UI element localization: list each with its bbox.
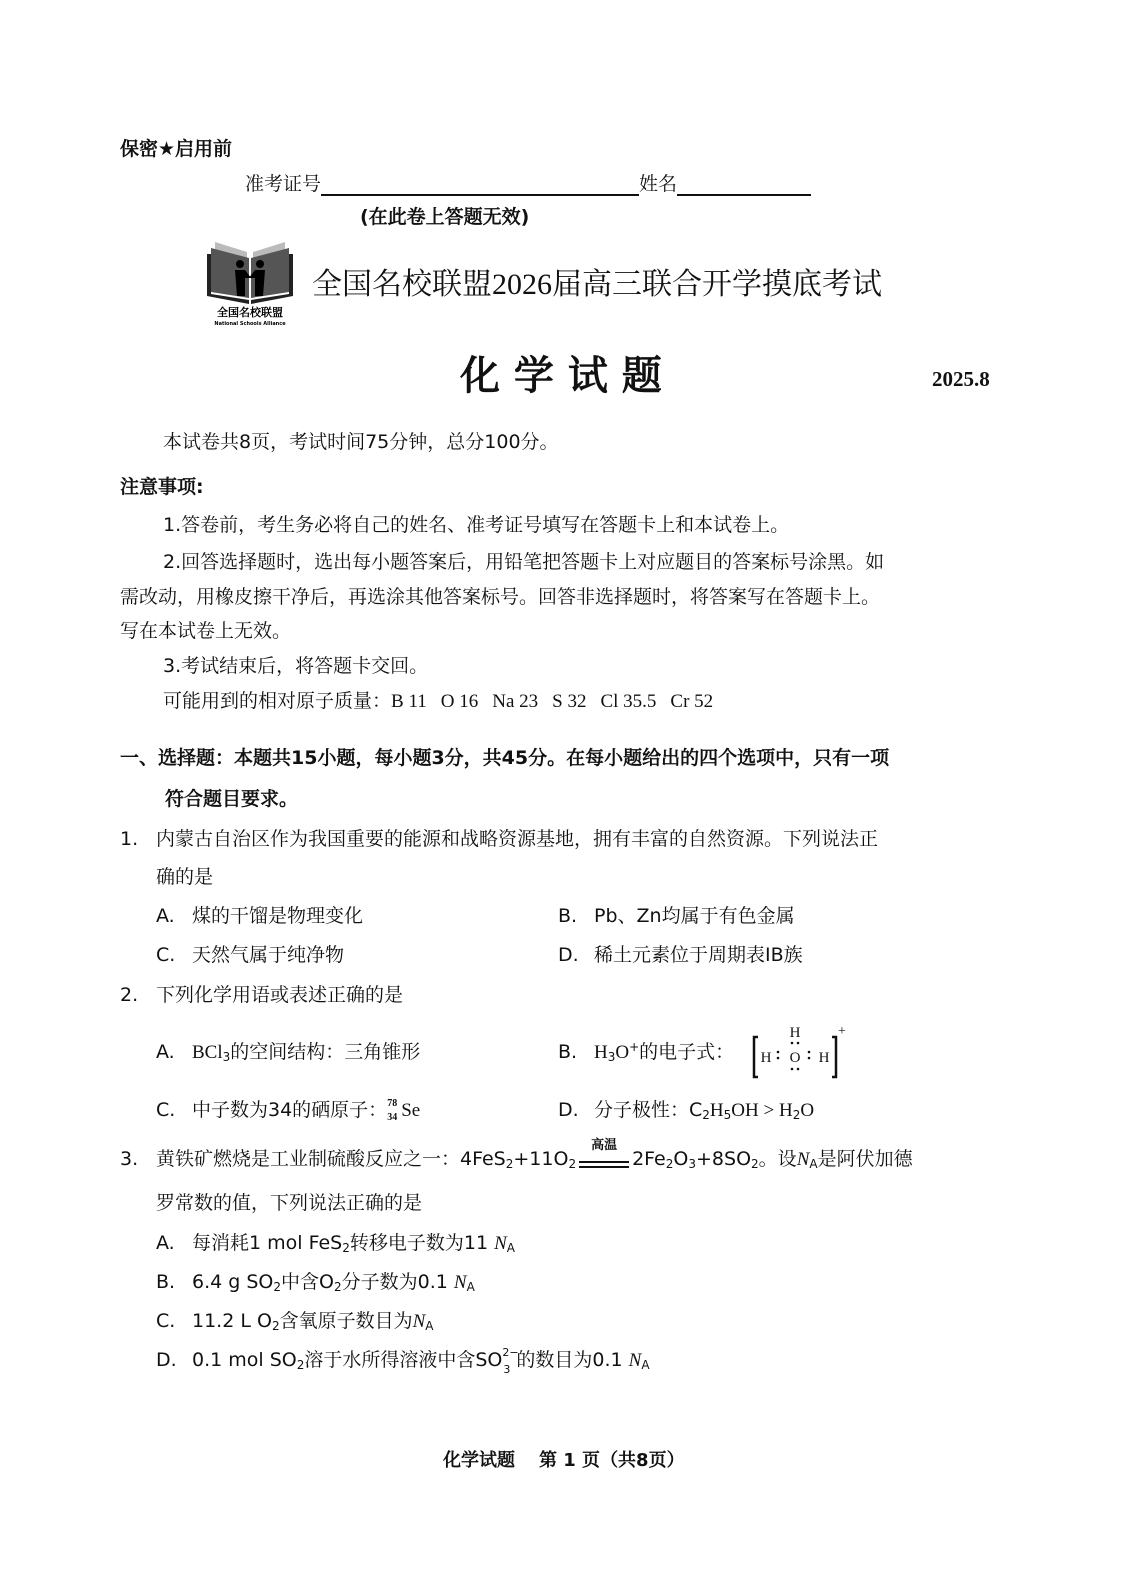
atomic-masses-line: 可能用到的相对原子质量：B 11O 16Na 23S 32Cl 35.5Cr 5… [163, 689, 713, 714]
q2-option-a[interactable]: A.BCl3的空间结构：三角锥形 [156, 1040, 420, 1065]
subscript: 2 [751, 1157, 759, 1171]
option-label: B. [558, 1040, 594, 1064]
option-text: 中含O [281, 1271, 334, 1293]
q3-option-a[interactable]: A.每消耗1 mol FeS2转移电子数为11 NA [156, 1231, 515, 1256]
notes-heading: 注意事项: [120, 475, 204, 499]
option-text: 含氧原子数目为 [280, 1310, 413, 1332]
q3-option-d[interactable]: D.0.1 mol SO2溶于水所得溶液中含SO2−3的数目为0.1 NA [156, 1348, 650, 1373]
exam-series-title: 全国名校联盟2026届高三联合开学摸底考试 [312, 266, 882, 304]
formula: H [710, 1100, 724, 1121]
subject-title: 化 学 试 题 [460, 352, 662, 400]
open-book-logo-icon: 全国名校联盟 National Schools Alliance [205, 234, 295, 326]
q2-option-d[interactable]: D.分子极性：C2H5OH > H2O [558, 1098, 814, 1123]
page-footer: 化学试题第 1 页（共8页） [443, 1449, 685, 1473]
question-text: 下列化学用语或表述正确的是 [156, 984, 403, 1006]
exam-id-field[interactable] [321, 174, 639, 196]
note-item-2-cont: 需改动，用橡皮擦干净后，再选涂其他答案标号。回答非选择题时，将答案写在答题卡上。 [120, 585, 880, 609]
option-text: 的电子式： [639, 1041, 734, 1063]
subscript: 3 [688, 1157, 696, 1171]
note-item-2-cont2: 写在本试卷上无效。 [120, 619, 291, 643]
option-label: A. [156, 1231, 192, 1255]
avogadro-symbol: N [797, 1149, 810, 1170]
atomic-mass-s: S 32 [552, 691, 586, 712]
q1-option-a[interactable]: A.煤的干馏是物理变化 [156, 904, 363, 928]
question-1-stem: 1.内蒙古自治区作为我国重要的能源和战略资源基地，拥有丰富的自然资源。下列说法正 [120, 827, 878, 851]
exam-info-fields: 准考证号姓名 [245, 172, 811, 196]
note-item-1: 1.答卷前，考生务必将自己的姓名、准考证号填写在答题卡上和本试卷上。 [163, 513, 789, 537]
section1-heading-cont: 符合题目要求。 [165, 787, 298, 811]
h3o-lewis-structure: H H O H + [752, 1025, 848, 1081]
option-text: 分子极性：C [594, 1099, 702, 1121]
q3-option-c[interactable]: C.11.2 L O2含氧原子数目为NA [156, 1309, 434, 1334]
footer-subject: 化学试题 [443, 1450, 515, 1471]
option-label: B. [558, 904, 594, 928]
question-text: 。设 [759, 1148, 797, 1170]
q1-option-d[interactable]: D.稀土元素位于周期表IB族 [558, 943, 803, 967]
subscript: A [507, 1241, 515, 1255]
reaction-condition: 高温 [579, 1139, 629, 1153]
question-number: 1. [120, 827, 156, 851]
superscript: + [629, 1040, 639, 1054]
question-number: 3. [120, 1147, 156, 1171]
subscript: 2 [272, 1319, 280, 1333]
formula: O [615, 1042, 629, 1063]
svg-text:H: H [819, 1050, 830, 1066]
sulfite-ion-charge: 2−3 [502, 1349, 516, 1373]
avogadro-symbol: N [629, 1350, 642, 1371]
option-label: D. [156, 1348, 192, 1372]
q1-option-c[interactable]: C.天然气属于纯净物 [156, 943, 344, 967]
atomic-number: 34 [387, 1113, 397, 1123]
formula: 2Fe [632, 1148, 666, 1170]
isotope-notation: 7834 [387, 1099, 401, 1123]
atomic-mass-cr: Cr 52 [670, 691, 713, 712]
option-text: 6.4 g SO [192, 1271, 273, 1293]
avogadro-symbol: N [494, 1233, 507, 1254]
option-label: A. [156, 1040, 192, 1064]
svg-text:全国名校联盟: 全国名校联盟 [217, 305, 283, 319]
alliance-logo: 全国名校联盟 National Schools Alliance [205, 234, 295, 326]
atomic-mass-o: O 16 [441, 691, 478, 712]
question-3-stem: 3.黄铁矿燃烧是工业制硫酸反应之一：4FeS2+11O2高温2Fe2O3+8SO… [120, 1147, 913, 1172]
invalid-note: (在此卷上答题无效) [360, 205, 529, 229]
ion-charge: 2− [502, 1347, 518, 1358]
q2-option-b[interactable]: B.H3O+的电子式： [558, 1040, 734, 1065]
subscript: A [641, 1358, 649, 1372]
subscript: 2 [273, 1280, 281, 1294]
formula: O [800, 1100, 814, 1121]
subscript: 2 [334, 1280, 342, 1294]
q3-option-b[interactable]: B.6.4 g SO2中含O2分子数为0.1 NA [156, 1270, 475, 1295]
atomic-mass-na: Na 23 [492, 691, 538, 712]
option-text: 11.2 L O [192, 1310, 272, 1332]
subscript: 2 [568, 1157, 576, 1171]
subscript: A [425, 1319, 433, 1333]
option-label: C. [156, 943, 192, 967]
reaction-equals-sign: 高温 [579, 1148, 629, 1172]
avogadro-symbol: N [413, 1311, 426, 1332]
subscript: 2 [342, 1241, 350, 1255]
option-text: 中子数为34的硒原子： [192, 1099, 387, 1121]
atomic-mass-label: 可能用到的相对原子质量： [163, 690, 391, 712]
formula: H [594, 1042, 608, 1063]
question-text: 黄铁矿燃烧是工业制硫酸反应之一：4FeS [156, 1148, 506, 1170]
question-text: 是阿伏加德 [818, 1148, 913, 1170]
avogadro-symbol: N [454, 1272, 467, 1293]
option-label: D. [558, 943, 594, 967]
subscript: A [467, 1280, 475, 1294]
question-text: 内蒙古自治区作为我国重要的能源和战略资源基地，拥有丰富的自然资源。下列说法正 [156, 828, 878, 850]
question-2-stem: 2.下列化学用语或表述正确的是 [120, 983, 403, 1007]
svg-text:H: H [761, 1050, 772, 1066]
footer-page-number: 第 1 页 [539, 1450, 600, 1471]
question-1-stem-cont: 确的是 [156, 865, 213, 889]
question-number: 2. [120, 983, 156, 1007]
svg-text:National Schools Alliance: National Schools Alliance [214, 321, 286, 326]
option-text: 每消耗1 mol FeS [192, 1232, 342, 1254]
mass-number: 78 [387, 1099, 397, 1109]
subscript: A [809, 1157, 817, 1171]
name-field[interactable] [677, 174, 811, 196]
subscript: 3 [503, 1364, 510, 1375]
option-label: C. [156, 1098, 192, 1122]
svg-text:O: O [790, 1050, 801, 1066]
element-symbol: Se [401, 1100, 420, 1121]
option-text: 溶于水所得溶液中含SO [304, 1349, 502, 1371]
q2-option-c[interactable]: C.中子数为34的硒原子：7834Se [156, 1098, 420, 1123]
name-label: 姓名 [639, 173, 677, 195]
q1-option-b[interactable]: B.Pb、Zn均属于有色金属 [558, 904, 795, 928]
exam-date: 2025.8 [932, 366, 990, 392]
lewis-diagram-icon: H H O H + [752, 1025, 848, 1081]
exam-overview: 本试卷共8页，考试时间75分钟，总分100分。 [163, 430, 559, 454]
option-text: 的数目为0.1 [516, 1349, 628, 1371]
exam-id-label: 准考证号 [245, 173, 321, 195]
question-3-stem-cont: 罗常数的值，下列说法正确的是 [156, 1191, 422, 1215]
formula: O [673, 1148, 688, 1170]
option-text: 天然气属于纯净物 [192, 944, 344, 966]
confidential-label: 保密★启用前 [120, 137, 232, 161]
option-text: 煤的干馏是物理变化 [192, 905, 363, 927]
note-item-2: 2.回答选择题时，选出每小题答案后，用铅笔把答题卡上对应题目的答案标号涂黑。如 [163, 550, 884, 574]
option-label: A. [156, 904, 192, 928]
formula: +8SO [696, 1148, 751, 1170]
option-text: 的空间结构：三角锥形 [230, 1041, 420, 1063]
section1-heading: 一、选择题：本题共15小题，每小题3分，共45分。在每小题给出的四个选项中，只有… [120, 746, 889, 770]
option-label: D. [558, 1098, 594, 1122]
atomic-mass-b: B 11 [391, 691, 427, 712]
option-text: Pb、Zn均属于有色金属 [594, 905, 795, 927]
option-text: 分子数为0.1 [342, 1271, 454, 1293]
svg-text:+: + [838, 1025, 846, 1039]
option-text: 0.1 mol SO [192, 1349, 297, 1371]
formula: OH > H [731, 1100, 792, 1121]
formula: +11O [513, 1148, 568, 1170]
option-label: B. [156, 1270, 192, 1294]
atomic-mass-cl: Cl 35.5 [600, 691, 656, 712]
note-item-3: 3.考试结束后，将答题卡交回。 [163, 654, 428, 678]
option-text: 稀土元素位于周期表IB族 [594, 944, 803, 966]
option-label: C. [156, 1309, 192, 1333]
option-text: 转移电子数为11 [350, 1232, 494, 1254]
footer-total-pages: （共8页） [600, 1450, 685, 1471]
subscript: 2 [702, 1108, 710, 1122]
formula: BCl [192, 1042, 223, 1063]
svg-text:H: H [790, 1025, 801, 1041]
